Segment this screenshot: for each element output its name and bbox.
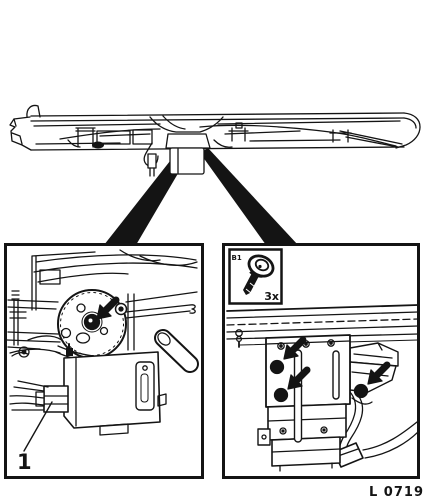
motor-connector xyxy=(44,386,68,412)
figure-code-label: L 0719 xyxy=(369,485,424,500)
callout-1-label: 1 xyxy=(17,450,32,474)
inset-ref-label: B1 xyxy=(232,254,242,262)
figure-drawing: 1 xyxy=(0,0,427,502)
fastener-inset: B1 3x xyxy=(230,250,282,304)
inset-quantity-label: 3x xyxy=(264,290,279,303)
fastener-screw-head xyxy=(275,389,288,402)
overview-wiper-motor xyxy=(166,134,210,148)
callout-wedge-icon xyxy=(200,148,298,245)
fastener-screw-head xyxy=(271,361,284,374)
manual-figure-page: 1 xyxy=(0,0,427,502)
fastener-screw-head xyxy=(355,385,368,398)
